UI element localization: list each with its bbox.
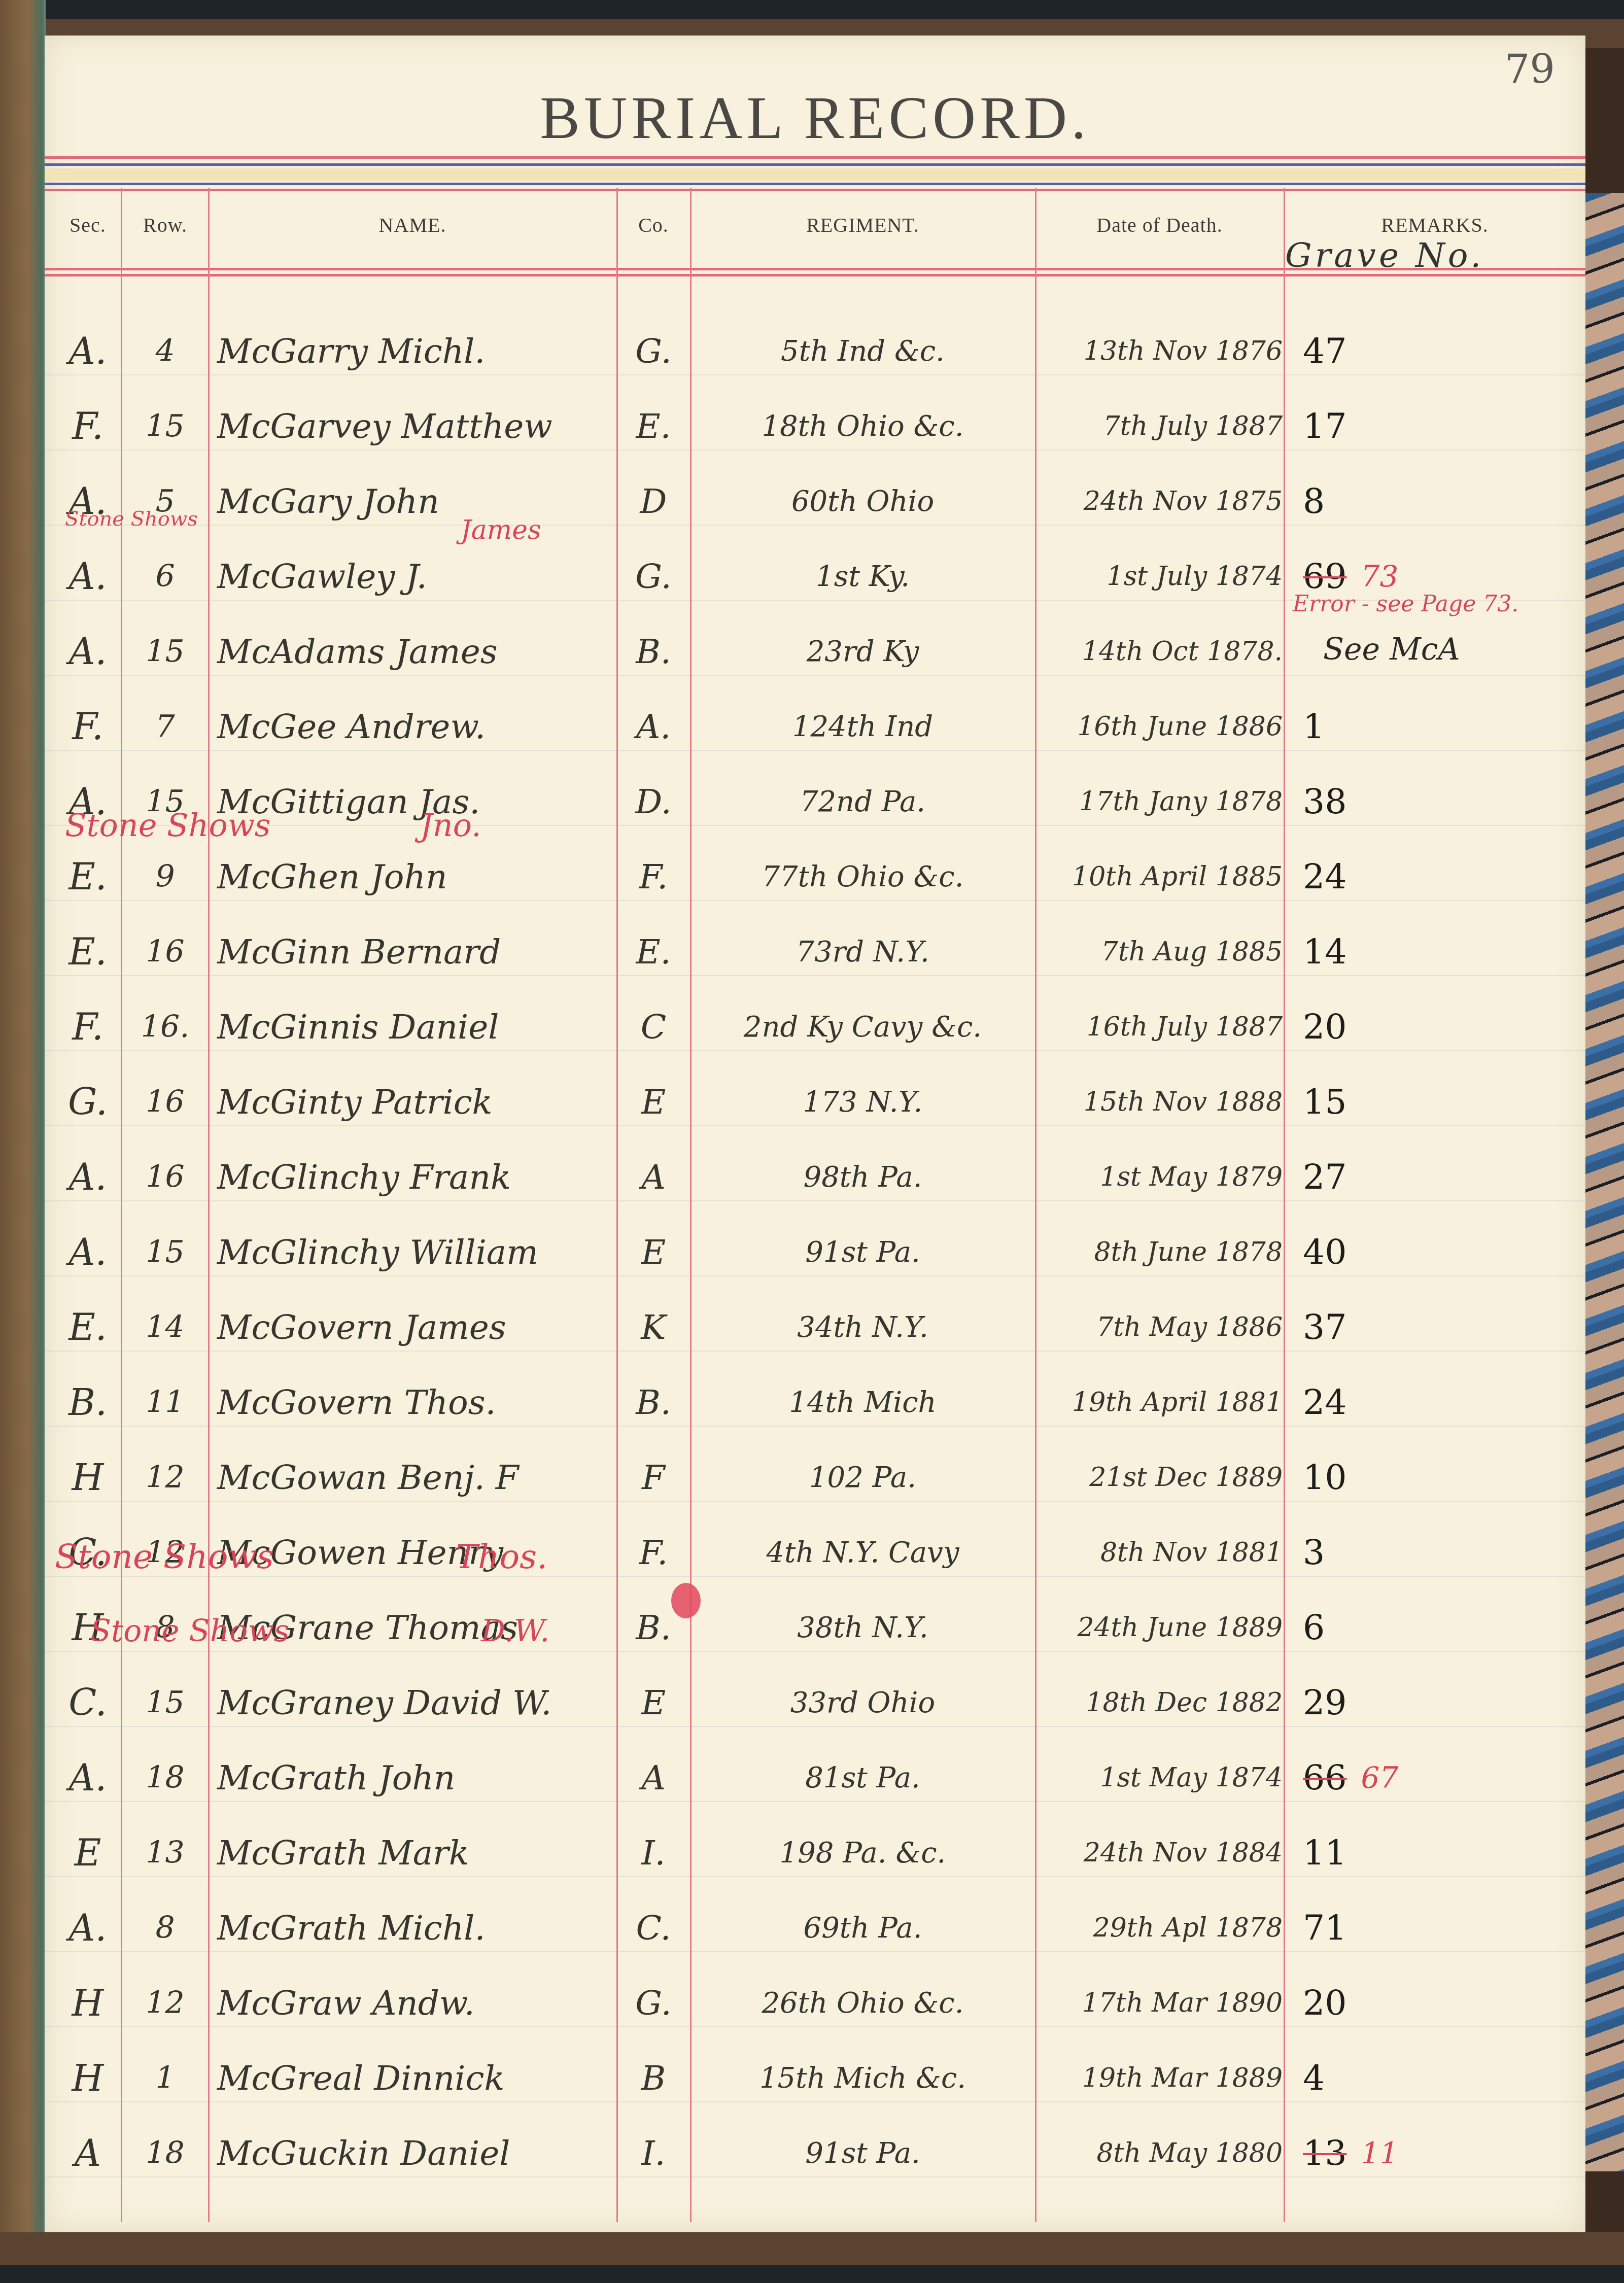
ledger-line [45, 675, 1585, 676]
section-cell: B. [55, 1365, 121, 1440]
ledger-line [45, 1050, 1585, 1051]
date-of-death-cell: 8th June 1878 [1039, 1215, 1288, 1290]
burial-entry-row: A.18McGrath JohnA81st Pa.1st May 1874666… [45, 1740, 1585, 1815]
burial-entry-row: A.16McGlinchy FrankA98th Pa.1st May 1879… [45, 1139, 1585, 1215]
name-cell: McGinnis Daniel [212, 989, 664, 1064]
name-cell: McGrath Michl. [212, 1890, 664, 1965]
company-cell: C. [618, 1890, 689, 1965]
remarks-cell: 37 [1293, 1290, 1587, 1365]
remarks-cell: 14 [1293, 914, 1587, 989]
remarks-cell: 17 [1293, 389, 1587, 464]
grave-number: 20 [1303, 1007, 1347, 1047]
row-cell: 18 [123, 1740, 207, 1815]
stone-shows-note: Stone Shows [55, 1537, 274, 1576]
regiment-cell: 72nd Pa. [692, 764, 1034, 839]
stone-shows-name: D.W. [481, 1613, 549, 1649]
remarks-cell: 15 [1293, 1064, 1587, 1139]
company-cell: F. [618, 839, 689, 914]
remarks-cell: 20 [1293, 1965, 1587, 2040]
grave-number: 24 [1303, 1382, 1347, 1423]
remarks-cell: 10 [1293, 1440, 1587, 1515]
stone-shows-note: Stone Shows [65, 507, 198, 531]
section-cell: E. [55, 839, 121, 914]
stone-shows-note: Stone Shows [90, 1613, 290, 1649]
name-cell: McAdams James [212, 614, 664, 689]
stone-shows-name: James [461, 515, 541, 545]
ledger-line [45, 975, 1585, 976]
date-of-death-cell: 13th Nov 1876 [1039, 314, 1288, 389]
name-cell: McGary John [212, 464, 664, 539]
section-cell: A. [55, 539, 121, 614]
section-cell: A. [55, 1890, 121, 1965]
row-cell: 12 [123, 1965, 207, 2040]
burial-entry-row: G.16McGinty PatrickE173 N.Y.15th Nov 188… [45, 1064, 1585, 1139]
name-cell: McGraney David W. [212, 1665, 664, 1740]
ledger-line [45, 900, 1585, 901]
name-cell: McGrath John [212, 1740, 664, 1815]
remarks-cell: 8 [1293, 464, 1587, 539]
section-cell: F. [55, 989, 121, 1064]
grave-number: 17 [1303, 406, 1347, 446]
section-cell: E. [55, 1290, 121, 1365]
row-cell: 15 [123, 1215, 207, 1290]
ledger-line [45, 825, 1585, 826]
row-cell: 16 [123, 1064, 207, 1139]
name-cell: McGuckin Daniel [212, 2116, 664, 2191]
ledger-line [45, 1351, 1585, 1352]
grave-number: 29 [1303, 1683, 1347, 1723]
burial-entry-row: E13McGrath MarkI.198 Pa. &c.24th Nov 188… [45, 1815, 1585, 1890]
company-cell: I. [618, 2116, 689, 2191]
burial-entry-row: H12McGraw Andw.G.26th Ohio &c.17th Mar 1… [45, 1965, 1585, 2040]
name-cell: McGovern Thos. [212, 1365, 664, 1440]
company-cell: G. [618, 1965, 689, 2040]
grave-number: 14 [1303, 932, 1347, 972]
see-reference-note: See McA [1323, 632, 1460, 667]
remarks-cell: 24 [1293, 839, 1587, 914]
burial-entry-row: E.14McGovern JamesK34th N.Y.7th May 1886… [45, 1290, 1585, 1365]
ledger-line [45, 1951, 1585, 1952]
row-cell: 11 [123, 1365, 207, 1440]
date-of-death-cell: 14th Oct 1878. [1039, 614, 1288, 689]
regiment-cell: 34th N.Y. [692, 1290, 1034, 1365]
date-of-death-cell: 7th May 1886 [1039, 1290, 1288, 1365]
date-of-death-cell: 16th July 1887 [1039, 989, 1288, 1064]
name-cell: McGovern James [212, 1290, 664, 1365]
name-cell: McGawley J. [212, 539, 664, 614]
section-cell: H [55, 2040, 121, 2116]
header-rule [45, 183, 1585, 185]
regiment-cell: 198 Pa. &c. [692, 1815, 1034, 1890]
burial-entry-row: E.9McGhen JohnF.77th Ohio &c.10th April … [45, 839, 1585, 914]
ledger-line [45, 1801, 1585, 1802]
ledger-line [45, 2176, 1585, 2177]
company-cell: F [618, 1440, 689, 1515]
burial-entry-row: B.11McGovern Thos.B.14th Mich19th April … [45, 1365, 1585, 1440]
burial-entry-row: A.4McGarry Michl.G.5th Ind &c.13th Nov 1… [45, 314, 1585, 389]
ledger-line [45, 750, 1585, 751]
date-of-death-cell: 19th Mar 1889 [1039, 2040, 1288, 2116]
date-of-death-cell: 24th June 1889 [1039, 1590, 1288, 1665]
remarks-cell: 1311 [1293, 2116, 1587, 2191]
ledger-line [45, 1501, 1585, 1502]
row-cell: 12 [123, 1440, 207, 1515]
ledger-line [45, 1651, 1585, 1652]
company-cell: E [618, 1064, 689, 1139]
remarks-cell: 20 [1293, 989, 1587, 1064]
grave-number: 4 [1303, 2058, 1325, 2098]
section-cell: A [55, 2116, 121, 2191]
date-of-death-cell: 1st July 1874 [1039, 539, 1288, 614]
date-of-death-cell: 1st May 1879 [1039, 1139, 1288, 1215]
ledger-line [45, 1125, 1585, 1126]
row-cell: 18 [123, 2116, 207, 2191]
company-cell: E. [618, 389, 689, 464]
grave-number: 69 [1303, 557, 1347, 597]
regiment-cell: 69th Pa. [692, 1890, 1034, 1965]
row-cell: 15 [123, 1665, 207, 1740]
ledger-line [45, 1200, 1585, 1201]
book-cover-bottom [0, 2232, 1624, 2283]
remarks-cell: 47 [1293, 314, 1587, 389]
regiment-cell: 91st Pa. [692, 1215, 1034, 1290]
date-of-death-cell: 15th Nov 1888 [1039, 1064, 1288, 1139]
row-cell: 1 [123, 2040, 207, 2116]
date-of-death-cell: 8th Nov 1881 [1039, 1515, 1288, 1590]
company-cell: G. [618, 314, 689, 389]
section-cell: A. [55, 614, 121, 689]
page-title: BURIAL RECORD. [45, 84, 1585, 153]
section-cell: A. [55, 314, 121, 389]
row-cell: 16. [123, 989, 207, 1064]
regiment-cell: 18th Ohio &c. [692, 389, 1034, 464]
name-cell: McGarry Michl. [212, 314, 664, 389]
ledger-line [45, 1275, 1585, 1276]
regiment-cell: 2nd Ky Cavy &c. [692, 989, 1034, 1064]
book-spine-edge [0, 0, 46, 2283]
error-note: Error - see Page 73. [1293, 591, 1518, 617]
section-cell: G. [55, 1064, 121, 1139]
regiment-cell: 23rd Ky [692, 614, 1034, 689]
regiment-cell: 102 Pa. [692, 1440, 1034, 1515]
remarks-cell: 1 [1293, 689, 1587, 764]
regiment-cell: 1st Ky. [692, 539, 1034, 614]
company-cell: B [618, 2040, 689, 2116]
ledger-line [45, 1576, 1585, 1577]
date-of-death-cell: 7th Aug 1885 [1039, 914, 1288, 989]
stone-shows-name: Thos. [456, 1537, 547, 1576]
section-cell: F. [55, 389, 121, 464]
grave-number: 13 [1303, 2133, 1347, 2173]
section-cell: C. [55, 1665, 121, 1740]
regiment-cell: 77th Ohio &c. [692, 839, 1034, 914]
company-cell: A [618, 1740, 689, 1815]
burial-entry-row: H12McGowan Benj. FF102 Pa.21st Dec 18891… [45, 1440, 1585, 1515]
grave-number: 1 [1303, 707, 1325, 747]
regiment-cell: 15th Mich &c. [692, 2040, 1034, 2116]
column-header-regiment: REGIMENT. [692, 213, 1034, 237]
grave-number: 27 [1303, 1157, 1347, 1197]
ledger-line [45, 525, 1585, 526]
column-header-remarks: REMARKS. [1285, 213, 1584, 237]
section-cell: A. [55, 1215, 121, 1290]
grave-number-correction: 67 [1361, 1760, 1399, 1795]
regiment-cell: 81st Pa. [692, 1740, 1034, 1815]
name-cell: McGinn Bernard [212, 914, 664, 989]
burial-entry-row: A.5McGary JohnD60th Ohio24th Nov 18758 [45, 464, 1585, 539]
name-cell: McGlinchy Frank [212, 1139, 664, 1215]
name-cell: McGowan Benj. F [212, 1440, 664, 1515]
row-cell: 4 [123, 314, 207, 389]
remarks-cell: 4 [1293, 2040, 1587, 2116]
header-rule [45, 189, 1585, 191]
column-header-sec: Sec. [55, 213, 121, 237]
row-cell: 7 [123, 689, 207, 764]
date-of-death-cell: 7th July 1887 [1039, 389, 1288, 464]
name-cell: McGinty Patrick [212, 1064, 664, 1139]
regiment-cell: 26th Ohio &c. [692, 1965, 1034, 2040]
ledger-line [45, 2026, 1585, 2027]
red-ink-blot [671, 1583, 701, 1618]
burial-entry-row: C.15McGraney David W.E33rd Ohio18th Dec … [45, 1665, 1585, 1740]
grave-number: 66 [1303, 1758, 1347, 1798]
burial-entry-row: F.7McGee Andrew.A.124th Ind16th June 188… [45, 689, 1585, 764]
grave-number: 71 [1303, 1908, 1347, 1948]
name-cell: McGhen John [212, 839, 664, 914]
section-cell: H [55, 1440, 121, 1515]
date-of-death-cell: 29th Apl 1878 [1039, 1890, 1288, 1965]
company-cell: K [618, 1290, 689, 1365]
ledger-line [45, 1726, 1585, 1727]
grave-number-correction: 73 [1361, 559, 1399, 594]
date-of-death-cell: 19th April 1881 [1039, 1365, 1288, 1440]
grave-number: 10 [1303, 1458, 1347, 1498]
name-cell: McGee Andrew. [212, 689, 664, 764]
column-header-name: NAME. [210, 213, 615, 237]
regiment-cell: 98th Pa. [692, 1139, 1034, 1215]
regiment-cell: 38th N.Y. [692, 1590, 1034, 1665]
date-of-death-cell: 18th Dec 1882 [1039, 1665, 1288, 1740]
burial-entry-row: H1McGreal DinnickB15th Mich &c.19th Mar … [45, 2040, 1585, 2116]
name-cell: McGreal Dinnick [212, 2040, 664, 2116]
row-cell: 9 [123, 839, 207, 914]
remarks-cell: 11 [1293, 1815, 1587, 1890]
company-cell: D. [618, 764, 689, 839]
section-cell: F. [55, 689, 121, 764]
date-of-death-cell: 24th Nov 1884 [1039, 1815, 1288, 1890]
column-header-row: Row. [123, 213, 207, 237]
company-cell: A [618, 1139, 689, 1215]
row-cell: 15 [123, 389, 207, 464]
regiment-cell: 124th Ind [692, 689, 1034, 764]
grave-number: 24 [1303, 857, 1347, 897]
remarks-cell: 40 [1293, 1215, 1587, 1290]
burial-entry-row: F.15McGarvey MatthewE.18th Ohio &c.7th J… [45, 389, 1585, 464]
grave-number: 3 [1303, 1533, 1325, 1573]
name-cell: McGraw Andw. [212, 1965, 664, 2040]
row-cell: 15 [123, 614, 207, 689]
date-of-death-cell: 24th Nov 1875 [1039, 464, 1288, 539]
grave-number-correction: 11 [1361, 2136, 1399, 2170]
grave-number: 20 [1303, 1983, 1347, 2023]
regiment-cell: 73rd N.Y. [692, 914, 1034, 989]
date-of-death-cell: 21st Dec 1889 [1039, 1440, 1288, 1515]
burial-entry-row: A.15McGittigan Jas.D.72nd Pa.17th Jany 1… [45, 764, 1585, 839]
date-of-death-cell: 17th Jany 1878 [1039, 764, 1288, 839]
company-cell: G. [618, 539, 689, 614]
grave-number: 15 [1303, 1082, 1347, 1122]
burial-entry-row: A18McGuckin DanielI.91st Pa.8th May 1880… [45, 2116, 1585, 2191]
grave-number: 40 [1303, 1232, 1347, 1272]
row-cell: 6 [123, 539, 207, 614]
section-cell: A. [55, 1740, 121, 1815]
marbled-endpaper [1585, 193, 1624, 2171]
burial-entry-row: C.12McGowen HenryF.4th N.Y. Cavy8th Nov … [45, 1515, 1585, 1590]
burial-entry-row: F.16.McGinnis DanielC2nd Ky Cavy &c.16th… [45, 989, 1585, 1064]
remarks-cell: 24 [1293, 1365, 1587, 1440]
company-cell: A. [618, 689, 689, 764]
company-cell: E [618, 1215, 689, 1290]
grave-number: 8 [1303, 481, 1325, 522]
grave-number-subheading: Grave No. [1285, 236, 1484, 275]
regiment-cell: 5th Ind &c. [692, 314, 1034, 389]
section-cell: E [55, 1815, 121, 1890]
company-cell: D [618, 464, 689, 539]
date-of-death-cell: 17th Mar 1890 [1039, 1965, 1288, 2040]
column-header-date-of-death: Date of Death. [1036, 213, 1283, 237]
remarks-cell: 6667 [1293, 1740, 1587, 1815]
section-cell: E. [55, 914, 121, 989]
row-cell: 16 [123, 914, 207, 989]
regiment-cell: 60th Ohio [692, 464, 1034, 539]
name-cell: McGrath Mark [212, 1815, 664, 1890]
row-cell: 16 [123, 1139, 207, 1215]
burial-entry-row: A.8McGrath Michl.C.69th Pa.29th Apl 1878… [45, 1890, 1585, 1965]
section-cell: H [55, 1965, 121, 2040]
row-cell: 8 [123, 1890, 207, 1965]
burial-entry-row: E.16McGinn BernardE.73rd N.Y.7th Aug 188… [45, 914, 1585, 989]
remarks-cell: 6 [1293, 1590, 1587, 1665]
regiment-cell: 91st Pa. [692, 2116, 1034, 2191]
company-cell: C [618, 989, 689, 1064]
company-cell: B. [618, 614, 689, 689]
date-of-death-cell: 16th June 1886 [1039, 689, 1288, 764]
column-header-co: Co. [618, 213, 689, 237]
ledger-line [45, 600, 1585, 601]
grave-number: 11 [1303, 1833, 1347, 1873]
remarks-cell: 3 [1293, 1515, 1587, 1590]
regiment-cell: 33rd Ohio [692, 1665, 1034, 1740]
remarks-cell: 38 [1293, 764, 1587, 839]
company-cell: F. [618, 1515, 689, 1590]
header-band [45, 168, 1585, 181]
company-cell: B. [618, 1365, 689, 1440]
name-cell: McGowen Henry [212, 1515, 664, 1590]
company-cell: E [618, 1665, 689, 1740]
regiment-cell: 173 N.Y. [692, 1064, 1034, 1139]
row-cell: 14 [123, 1290, 207, 1365]
grave-number: 47 [1303, 331, 1347, 371]
header-rule [45, 163, 1585, 166]
header-rule [45, 156, 1585, 159]
ledger-line [45, 449, 1585, 451]
row-cell: 13 [123, 1815, 207, 1890]
date-of-death-cell: 1st May 1874 [1039, 1740, 1288, 1815]
ledger-page: 79 BURIAL RECORD. Sec. Row. NAME. Co. RE… [45, 36, 1585, 2232]
remarks-cell: 29 [1293, 1665, 1587, 1740]
regiment-cell: 14th Mich [692, 1365, 1034, 1440]
name-cell: McGlinchy William [212, 1215, 664, 1290]
name-cell: McGarvey Matthew [212, 389, 664, 464]
ledger-line [45, 1426, 1585, 1427]
burial-entry-row: A.15McGlinchy WilliamE91st Pa.8th June 1… [45, 1215, 1585, 1290]
grave-number: 37 [1303, 1307, 1347, 1347]
regiment-cell: 4th N.Y. Cavy [692, 1515, 1034, 1590]
remarks-cell: 27 [1293, 1139, 1587, 1215]
grave-number: 6 [1303, 1608, 1325, 1648]
remarks-cell: 71 [1293, 1890, 1587, 1965]
ledger-line [45, 2101, 1585, 2102]
grave-number: 38 [1303, 782, 1347, 822]
section-cell: A. [55, 1139, 121, 1215]
date-of-death-cell: 10th April 1885 [1039, 839, 1288, 914]
ledger-line [45, 1876, 1585, 1877]
date-of-death-cell: 8th May 1880 [1039, 2116, 1288, 2191]
ledger-line [45, 374, 1585, 375]
company-cell: I. [618, 1815, 689, 1890]
company-cell: E. [618, 914, 689, 989]
